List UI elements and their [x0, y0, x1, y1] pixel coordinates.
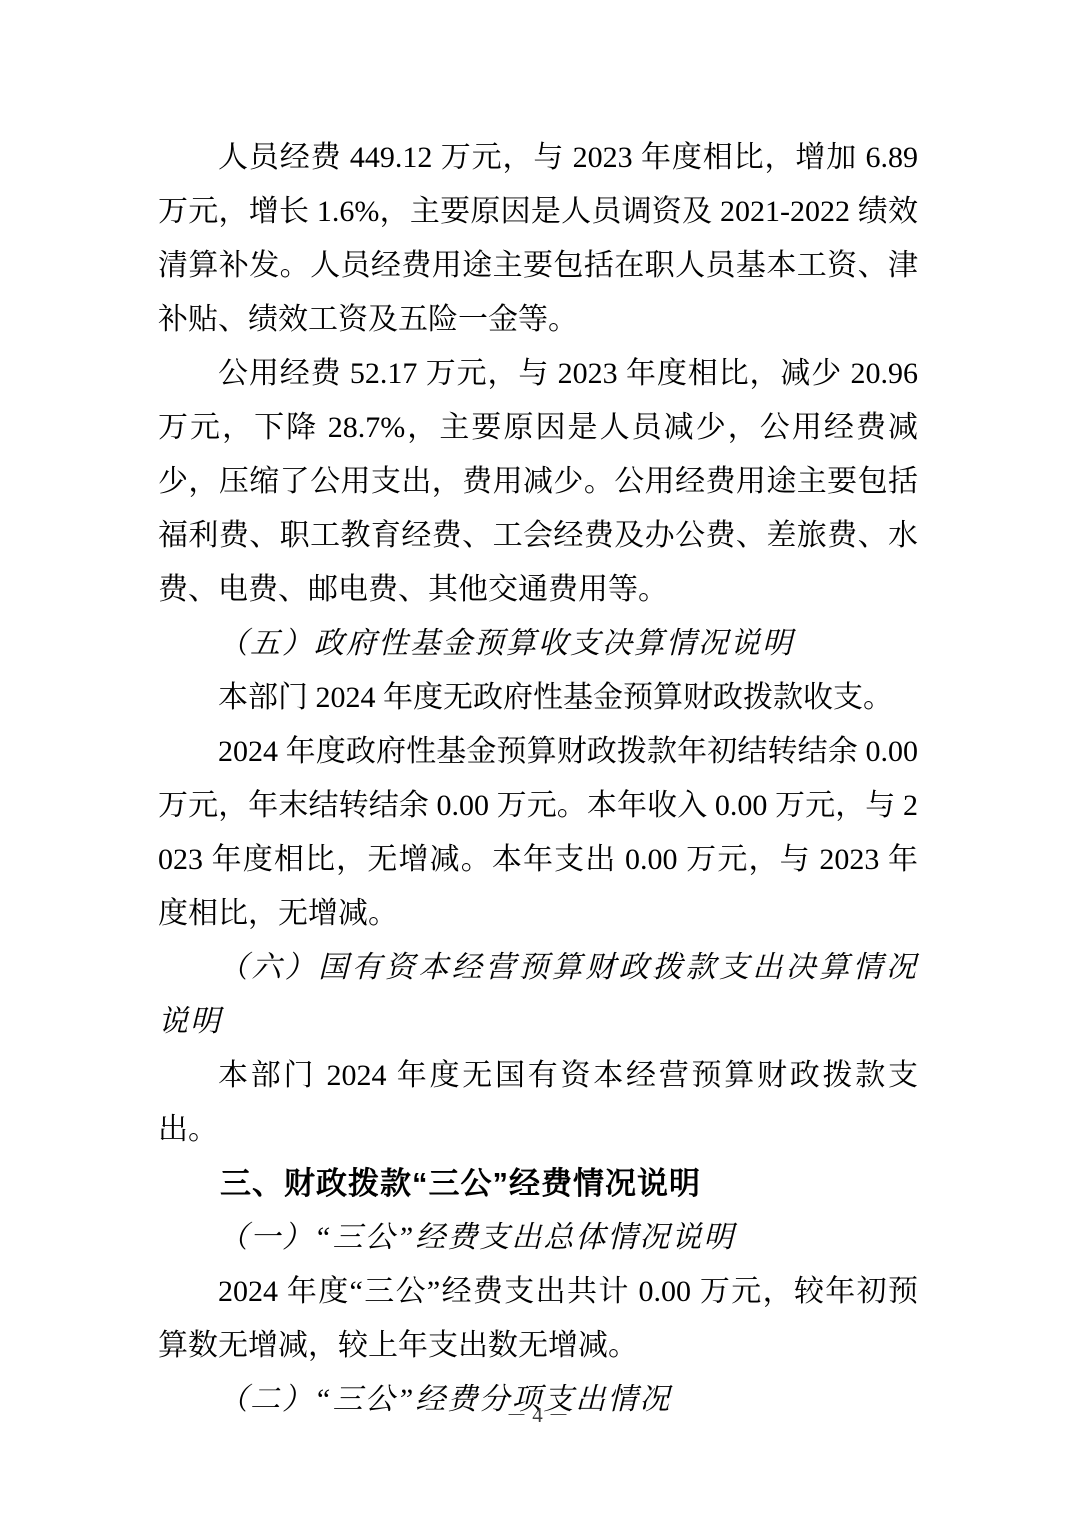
paragraph-gov-fund-detail: 2024 年度政府性基金预算财政拨款年初结转结余 0.00 万元，年末结转结余 … — [158, 725, 918, 941]
paragraph-public-expense: 公用经费 52.17 万元，与 2023 年度相比，减少 20.96 万元，下降… — [158, 347, 918, 617]
heading-subsection-1-overall: （一）“三公”经费支出总体情况说明 — [158, 1211, 918, 1265]
heading-section-5-gov-fund: （五）政府性基金预算收支决算情况说明 — [158, 617, 918, 671]
heading-section-6-state-capital: （六）国有资本经营预算财政拨款支出决算情况说明 — [158, 941, 918, 1049]
paragraph-state-capital-none: 本部门 2024 年度无国有资本经营预算财政拨款支出。 — [158, 1049, 918, 1157]
paragraph-gov-fund-none: 本部门 2024 年度无政府性基金预算财政拨款收支。 — [158, 671, 918, 725]
document-body: 人员经费 449.12 万元，与 2023 年度相比，增加 6.89 万元，增长… — [158, 131, 918, 1427]
heading-chapter-3-three-public: 三、财政拨款“三公”经费情况说明 — [158, 1157, 918, 1211]
page-number: － 4 － — [506, 1403, 569, 1427]
paragraph-three-public-total: 2024 年度“三公”经费支出共计 0.00 万元，较年初预算数无增减，较上年支… — [158, 1265, 918, 1373]
page-footer: － 4 － — [0, 1398, 1075, 1432]
paragraph-personnel-expense: 人员经费 449.12 万元，与 2023 年度相比，增加 6.89 万元，增长… — [158, 131, 918, 347]
document-page: 人员经费 449.12 万元，与 2023 年度相比，增加 6.89 万元，增长… — [0, 0, 1075, 1520]
